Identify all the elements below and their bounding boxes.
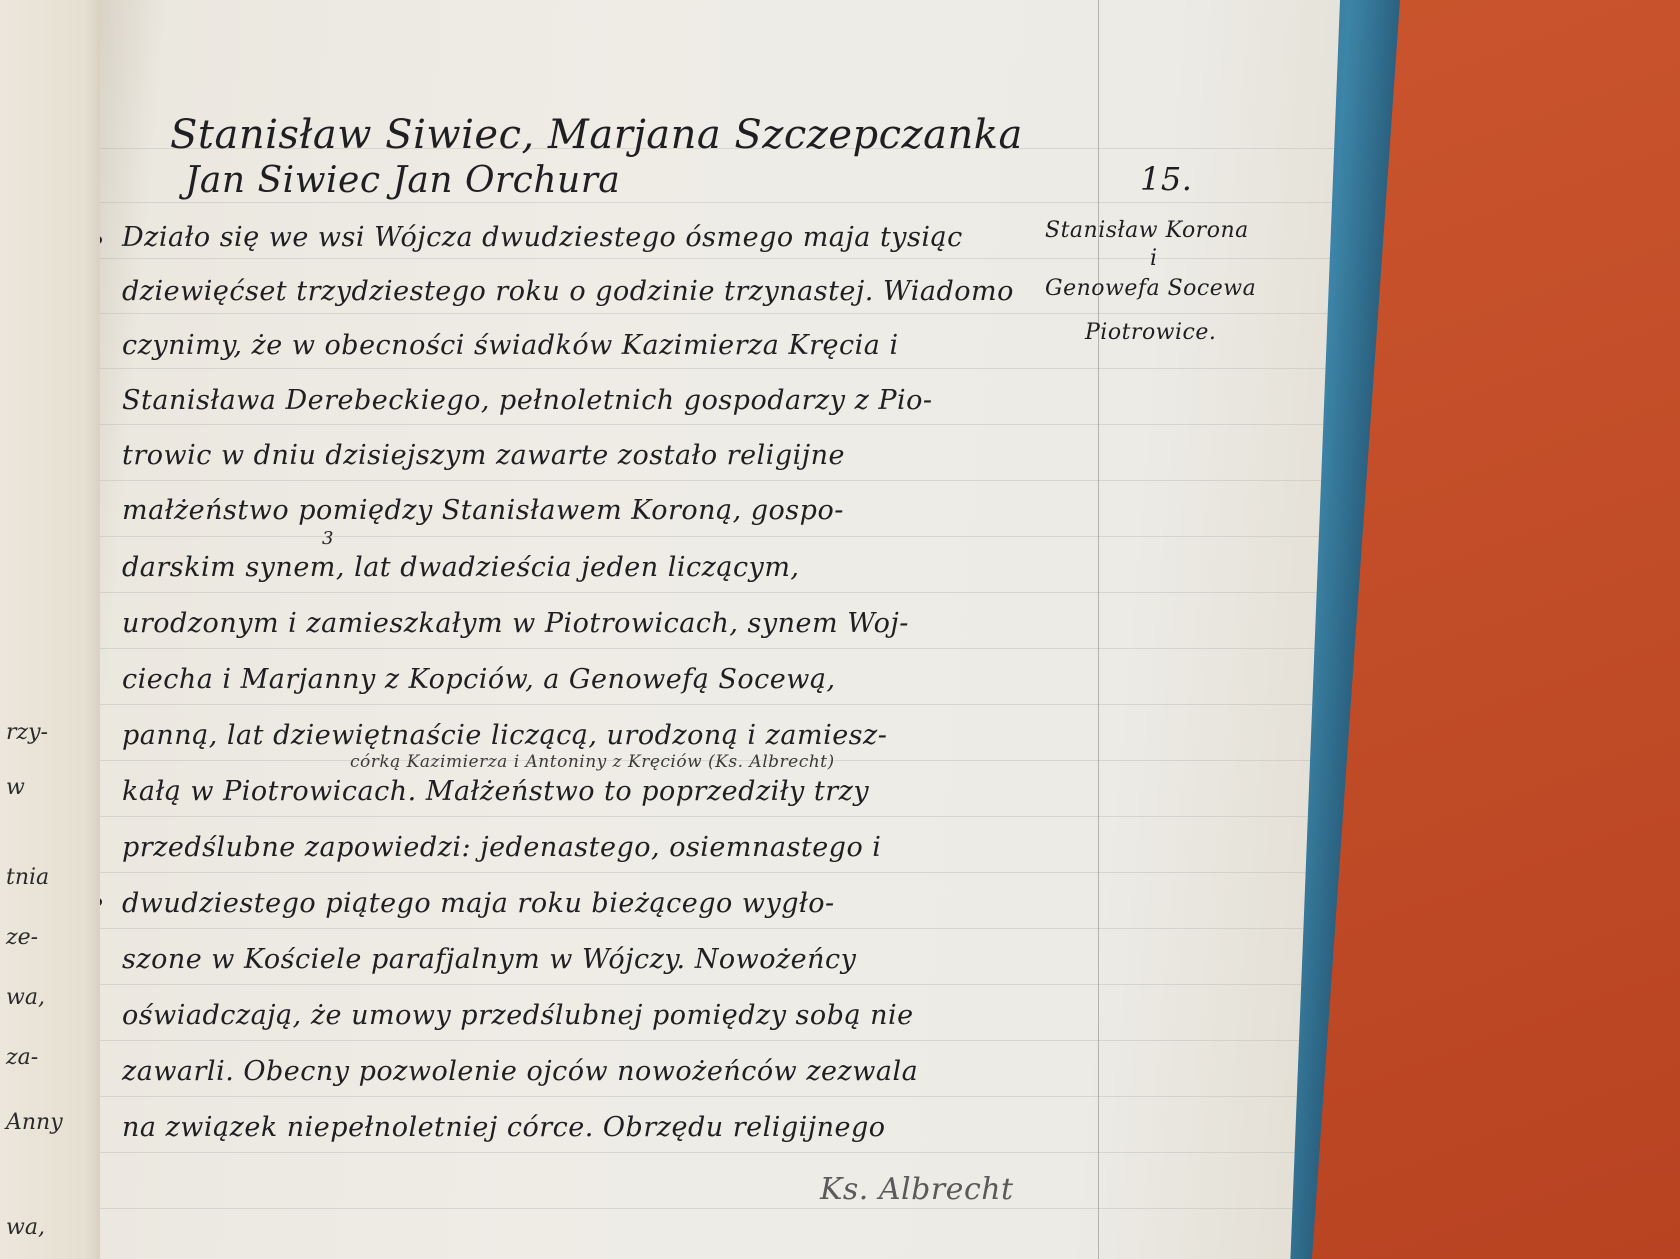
superscript-correction: 3 xyxy=(322,528,334,549)
left-page: rzy- w tnia ze- wa, za- Anny wa, xyxy=(0,0,105,1259)
left-page-fragment: Anny xyxy=(6,1110,63,1135)
margin-note-and: i xyxy=(1150,246,1158,271)
entry-bullet xyxy=(100,236,102,244)
ruled-line xyxy=(100,1040,1340,1041)
body-line: darskim synem, lat dwadzieścia jeden lic… xyxy=(122,552,800,583)
left-page-fragment: rzy- xyxy=(6,720,48,745)
body-line: szone w Kościele parafjalnym w Wójczy. N… xyxy=(122,944,856,975)
margin-note-bride: Genowefa Socewa xyxy=(1045,276,1256,301)
ruled-line xyxy=(100,1152,1340,1153)
body-line: oświadczają, że umowy przedślubnej pomię… xyxy=(122,1000,914,1031)
record-header-couple: Stanisław Siwiec, Marjana Szczepczanka xyxy=(170,112,1023,158)
body-line: dziewięćset trzydziestego roku o godzini… xyxy=(122,276,1014,307)
left-page-fragment: wa, xyxy=(6,1215,45,1240)
ruled-line xyxy=(100,1208,1340,1209)
body-line: małżeństwo pomiędzy Stanisławem Koroną, … xyxy=(122,495,844,526)
left-page-fragment: ze- xyxy=(6,925,38,950)
ruled-line xyxy=(100,368,1340,369)
ruled-line xyxy=(100,648,1340,649)
ruled-line xyxy=(100,816,1340,817)
body-line: panną, lat dziewiętnaście liczącą, urodz… xyxy=(122,720,887,751)
left-page-fragment: wa, xyxy=(6,985,45,1010)
body-line: czynimy, że w obecności świadków Kazimie… xyxy=(122,330,899,361)
left-page-fragment: w xyxy=(6,775,25,800)
ruled-line xyxy=(100,984,1340,985)
entry-bullet xyxy=(100,898,102,906)
body-line: kałą w Piotrowicach. Małżeństwo to poprz… xyxy=(122,776,869,807)
body-line: Działo się we wsi Wójcza dwudziestego ós… xyxy=(122,222,963,253)
record-header-witnesses: Jan Siwiec Jan Orchura xyxy=(185,160,620,201)
margin-rule xyxy=(1098,0,1099,1259)
margin-note-groom: Stanisław Korona xyxy=(1045,218,1249,243)
priest-signature: Ks. Albrecht xyxy=(820,1172,1014,1207)
body-line: na związek niepełnoletniej córce. Obrzęd… xyxy=(122,1112,886,1143)
body-line: dwudziestego piątego maja roku bieżącego… xyxy=(122,888,835,919)
left-page-fragment: za- xyxy=(6,1045,38,1070)
body-line: przedślubne zapowiedzi: jedenastego, osi… xyxy=(122,832,881,863)
record-number: 15. xyxy=(1140,160,1192,198)
ruled-line xyxy=(100,480,1340,481)
register-page: Stanisław Siwiec, Marjana Szczepczanka J… xyxy=(100,0,1340,1259)
body-line: trowic w dniu dzisiejszym zawarte został… xyxy=(122,440,845,471)
body-line: zawarli. Obecny pozwolenie ojców nowożeń… xyxy=(122,1056,918,1087)
body-line: urodzonym i zamieszkałym w Piotrowicach,… xyxy=(122,608,909,639)
interlinear-insertion: córką Kazimierza i Antoniny z Kręciów (K… xyxy=(350,752,835,772)
ruled-line xyxy=(100,536,1340,537)
margin-note-village: Piotrowice. xyxy=(1085,320,1216,345)
body-line: ciecha i Marjanny z Kopciów, a Genowefą … xyxy=(122,664,836,695)
ruled-line xyxy=(100,592,1340,593)
ruled-line xyxy=(100,704,1340,705)
ruled-line xyxy=(100,1096,1340,1097)
ruled-line xyxy=(100,424,1340,425)
ruled-line xyxy=(100,313,1340,314)
ruled-line xyxy=(100,928,1340,929)
left-page-fragment: tnia xyxy=(6,865,49,890)
ruled-line xyxy=(100,872,1340,873)
body-line: Stanisława Derebeckiego, pełnoletnich go… xyxy=(122,385,933,416)
ruled-line xyxy=(100,202,1340,203)
